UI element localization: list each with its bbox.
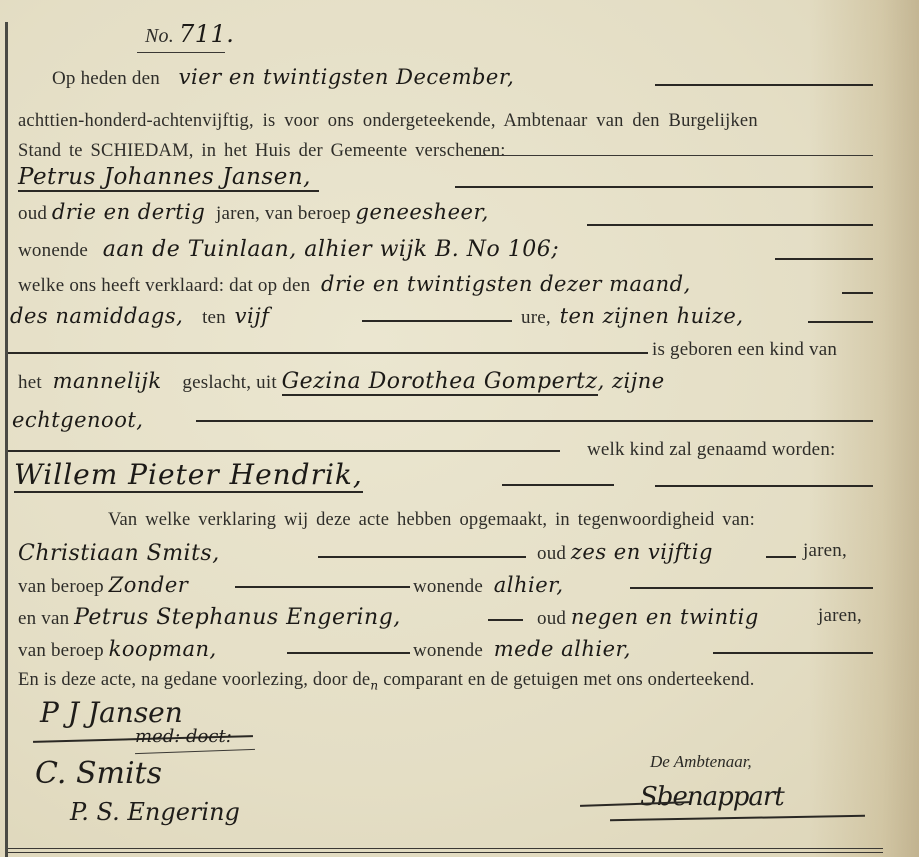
birth-place: ten zijnen huize, <box>560 304 744 328</box>
signature-declarant: P J Jansen <box>40 696 183 729</box>
printed-text: en van <box>18 608 69 629</box>
fill-line <box>235 586 410 588</box>
mother-relation: echtgenoot, <box>12 408 143 432</box>
birth-hour: vijf <box>235 304 270 328</box>
printed-text: oud <box>537 608 566 629</box>
line-16b: wonende alhier, <box>413 573 564 598</box>
declarant-name: Petrus Johannes Jansen, <box>18 164 319 192</box>
printed-text: van beroep <box>18 576 104 597</box>
declarant-title: med: doct: <box>135 726 232 747</box>
witness-1-residence: alhier, <box>494 573 564 597</box>
line-15: Christiaan Smits, <box>18 541 220 566</box>
number-underline <box>137 52 225 53</box>
fill-line <box>655 485 873 487</box>
signature-witness-1: C. Smits <box>35 756 162 791</box>
printed-text: ten <box>202 307 226 328</box>
plural-suffix: n <box>370 679 378 693</box>
line-14: Van welke verklaring wij deze acte hebbe… <box>108 510 755 531</box>
number-label: No. <box>145 25 174 47</box>
line-15c: jaren, <box>803 540 847 562</box>
line-17b: oud negen en twintig <box>537 605 759 630</box>
printed-text: comparant en de getuigen met ons onderte… <box>383 670 754 690</box>
line-4: Petrus Johannes Jansen, <box>18 164 319 190</box>
witness-1-name: Christiaan Smits, <box>18 541 220 566</box>
line-19: En is deze acte, na gedane voorlezing, d… <box>18 670 755 693</box>
witness-1-occupation: Zonder <box>109 573 189 597</box>
mother-name: Gezina Dorothea Gompertz <box>282 369 598 396</box>
signature-official: Sbenappart <box>640 782 784 812</box>
line-9: is geboren een kind van <box>652 339 837 361</box>
printed-text: het <box>18 372 42 393</box>
fill-line <box>655 84 873 86</box>
text: , zijne <box>598 369 665 393</box>
official-underline <box>610 815 865 821</box>
fill-line <box>587 224 873 226</box>
line-3: Stand te SCHIEDAM, in het Huis der Gemee… <box>18 141 506 162</box>
line-13: Willem Pieter Hendrik, <box>14 458 363 491</box>
child-name: Willem Pieter Hendrik, <box>14 458 363 493</box>
bottom-rule-2 <box>8 852 883 853</box>
fill-line <box>318 556 526 558</box>
official-label: De Ambtenaar, <box>650 752 752 772</box>
printed-text: van beroep <box>18 640 104 661</box>
line-8: des namiddags, ten vijf <box>10 304 270 329</box>
fill-line <box>713 652 873 654</box>
printed-text: wonende <box>413 576 483 597</box>
line-5: oud drie en dertig jaren, van beroep gen… <box>18 200 489 225</box>
fill-line <box>8 352 648 354</box>
fill-line <box>455 186 873 188</box>
line-16: van beroep Zonder <box>18 573 188 598</box>
line-12: welk kind zal genaamd worden: <box>587 439 836 461</box>
fill-line <box>808 321 873 323</box>
line-6: wonende aan de Tuinlaan, alhier wijk B. … <box>18 237 559 262</box>
line-18b: wonende mede alhier, <box>413 637 631 662</box>
line-8b: ure, ten zijnen huize, <box>521 304 744 329</box>
left-margin-rule <box>5 22 8 857</box>
printed-text: geslacht, uit <box>182 372 276 393</box>
printed-text: jaren, van beroep <box>216 203 351 224</box>
bottom-rule-1 <box>8 848 883 849</box>
printed-text: welke ons heeft verklaard: dat op den <box>18 275 310 296</box>
line-11: echtgenoot, <box>12 408 143 433</box>
fill-line <box>488 619 523 621</box>
witness-2-name: Petrus Stephanus Engering, <box>74 605 401 630</box>
birth-time-of-day: des namiddags, <box>10 304 183 328</box>
fill-line <box>470 155 873 156</box>
declarant-address: aan de Tuinlaan, alhier wijk B. No 106; <box>103 237 559 262</box>
witness-2-residence: mede alhier, <box>494 637 631 661</box>
number-value: 711. <box>179 20 234 48</box>
line-17: en van Petrus Stephanus Engering, <box>18 605 401 630</box>
printed-text: wonende <box>413 640 483 661</box>
birth-date: drie en twintigsten dezer maand, <box>321 272 691 296</box>
fill-line <box>287 652 410 654</box>
witness-2-occupation: koopman, <box>109 637 217 661</box>
printed-text: wonende <box>18 240 88 261</box>
printed-text: En is deze acte, na gedane voorlezing, d… <box>18 670 370 690</box>
printed-text: Op heden den <box>52 68 160 89</box>
fill-line <box>842 292 873 294</box>
fill-line <box>196 420 873 422</box>
certificate-number: No. 711. <box>145 20 234 48</box>
fill-line <box>766 556 796 558</box>
line-15b: oud zes en vijftig <box>537 540 713 565</box>
line-10: het mannelijk geslacht, uit Gezina Dorot… <box>18 369 665 394</box>
line-7: welke ons heeft verklaard: dat op den dr… <box>18 272 691 297</box>
title-underline <box>135 749 255 754</box>
printed-text: oud <box>18 203 47 224</box>
fill-line <box>502 484 614 486</box>
line-1: Op heden den vier en twintigsten Decembe… <box>52 60 514 90</box>
declarant-age: drie en dertig <box>52 200 205 224</box>
fill-line <box>362 320 512 322</box>
line-2: achttien-honderd-achtenvijftig, is voor … <box>18 111 758 132</box>
witness-1-age: zes en vijftig <box>571 540 713 564</box>
line-17c: jaren, <box>818 605 862 627</box>
line-18: van beroep koopman, <box>18 637 217 662</box>
printed-text: ure, <box>521 307 551 328</box>
witness-2-age: negen en twintig <box>571 605 759 629</box>
signature-witness-2: P. S. Engering <box>70 798 240 826</box>
fill-line <box>775 258 873 260</box>
date-handwritten: vier en twintigsten December, <box>179 65 515 89</box>
child-sex: mannelijk <box>53 369 162 393</box>
declarant-occupation: geneesheer, <box>356 200 489 224</box>
fill-line <box>8 450 560 452</box>
fill-line <box>630 587 873 589</box>
printed-text: oud <box>537 543 566 564</box>
